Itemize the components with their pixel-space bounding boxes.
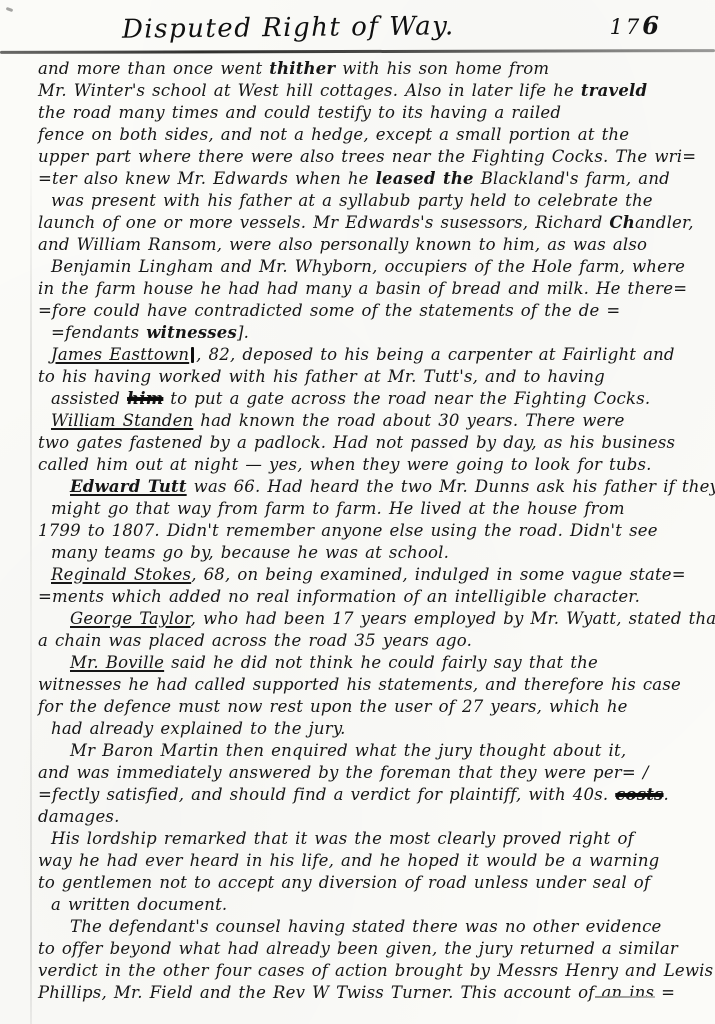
text-segment: said he did not think he could fairly sa… — [164, 653, 598, 672]
text-segment: might go that way from farm to farm. He … — [51, 499, 625, 518]
text-segment: and was immediately answered by the fore… — [38, 763, 649, 782]
manuscript-line: Mr. Winter's school at West hill cottage… — [38, 80, 704, 102]
text-segment: a written document. — [51, 895, 227, 914]
manuscript-line: Mr Baron Martin then enquired what the j… — [38, 740, 704, 762]
text-segment: Phillips, Mr. Field and the Rev W Twiss … — [38, 983, 675, 1002]
manuscript-line: assisted him to put a gate across the ro… — [38, 388, 704, 410]
manuscript-line: =fendants witnesses]. — [38, 322, 704, 344]
text-segment: Blackland's farm, and — [474, 169, 670, 188]
text-segment: =fectly satisfied, and should find a ver… — [38, 785, 615, 804]
text-segment: and more than once went — [38, 59, 269, 78]
struck-word: him — [127, 389, 163, 408]
scan-artifact — [595, 996, 655, 998]
scan-artifact — [6, 7, 14, 12]
text-segment: to his having worked with his father at … — [38, 367, 605, 386]
manuscript-line: and more than once went thither with his… — [38, 58, 704, 80]
text-segment: leased the — [376, 169, 474, 188]
text-segment: damages. — [38, 807, 120, 826]
manuscript-line: William Standen had known the road about… — [38, 410, 704, 432]
text-segment: was 66. Had heard the two Mr. Dunns ask … — [187, 477, 715, 496]
manuscript-line: to his having worked with his father at … — [38, 366, 704, 388]
manuscript-line: and was immediately answered by the fore… — [38, 762, 704, 784]
text-segment: upper part where there were also trees n… — [38, 147, 696, 166]
witness-name: Edward Tutt — [70, 477, 187, 496]
text-segment: for the defence must now rest upon the u… — [38, 697, 628, 716]
manuscript-line: Phillips, Mr. Field and the Rev W Twiss … — [38, 982, 704, 1004]
text-segment: with his son home from — [335, 59, 549, 78]
manuscript-line: might go that way from farm to farm. He … — [38, 498, 704, 520]
text-segment: His lordship remarked that it was the mo… — [51, 829, 634, 848]
manuscript-line: the road many times and could testify to… — [38, 102, 704, 124]
manuscript-line: Mr. Boville said he did not think he cou… — [38, 652, 704, 674]
manuscript-line: Reginald Stokes, 68, on being examined, … — [38, 564, 704, 586]
header-rule-line — [0, 49, 715, 54]
text-segment: =fendants — [51, 323, 146, 342]
manuscript-line: way he had ever heard in his life, and h… — [38, 850, 704, 872]
text-segment: called him out at night — yes, when they… — [38, 455, 652, 474]
text-segment: launch of one or more vessels. Mr Edward… — [38, 213, 609, 232]
text-segment: was present with his father at a syllabu… — [51, 191, 653, 210]
text-segment: to offer beyond what had already been gi… — [38, 939, 678, 958]
manuscript-line: called him out at night — yes, when they… — [38, 454, 704, 476]
manuscript-line: Benjamin Lingham and Mr. Whyborn, occupi… — [38, 256, 704, 278]
text-segment: =ments which added no real information o… — [38, 587, 640, 606]
text-segment: =ter also knew Mr. Edwards when he — [38, 169, 376, 188]
page-number: 176 — [610, 11, 659, 40]
manuscript-line: =fore could have contradicted some of th… — [38, 300, 704, 322]
manuscript-body: and more than once went thither with his… — [38, 58, 704, 1004]
manuscript-line: =fectly satisfied, and should find a ver… — [38, 784, 704, 806]
manuscript-line: had already explained to the jury. — [38, 718, 704, 740]
manuscript-line: launch of one or more vessels. Mr Edward… — [38, 212, 704, 234]
manuscript-line: two gates fastened by a padlock. Had not… — [38, 432, 704, 454]
witness-name: George Taylor — [70, 609, 191, 628]
text-segment: had already explained to the jury. — [51, 719, 346, 738]
text-segment: 1799 to 1807. Didn't remember anyone els… — [38, 521, 658, 540]
text-segment: witnesses — [146, 323, 237, 342]
manuscript-line: was present with his father at a syllabu… — [38, 190, 704, 212]
manuscript-line: a chain was placed across the road 35 ye… — [38, 630, 704, 652]
page-number-last-digit: 6 — [642, 11, 659, 40]
manuscript-line: The defendant's counsel having stated th… — [38, 916, 704, 938]
text-segment: to gentlemen not to accept any diversion… — [38, 873, 650, 892]
text-segment: and William Ransom, were also personally… — [38, 235, 647, 254]
text-segment: Mr Baron Martin then enquired what the j… — [70, 741, 626, 760]
text-segment: in the farm house he had had many a basi… — [38, 279, 687, 298]
manuscript-line: to offer beyond what had already been gi… — [38, 938, 704, 960]
text-segment: . — [664, 785, 669, 804]
manuscript-line: fence on both sides, and not a hedge, ex… — [38, 124, 704, 146]
manuscript-line: =ments which added no real information o… — [38, 586, 704, 608]
text-segment: ]. — [237, 323, 249, 342]
text-segment: The defendant's counsel having stated th… — [70, 917, 662, 936]
text-segment: thither — [269, 59, 335, 78]
struck-word: costs — [615, 785, 663, 804]
text-segment: witnesses he had called supported his st… — [38, 675, 681, 694]
text-segment: Benjamin Lingham and Mr. Whyborn, occupi… — [51, 257, 685, 276]
manuscript-line: in the farm house he had had many a basi… — [38, 278, 704, 300]
text-segment: Ch — [609, 213, 635, 232]
text-segment: the road many times and could testify to… — [38, 103, 561, 122]
manuscript-line: damages. — [38, 806, 704, 828]
manuscript-line: witnesses he had called supported his st… — [38, 674, 704, 696]
text-segment: traveld — [581, 81, 647, 100]
text-segment: many teams go by, because he was at scho… — [51, 543, 449, 562]
text-segment: andler, — [635, 213, 694, 232]
text-segment: way he had ever heard in his life, and h… — [38, 851, 659, 870]
text-segment: two gates fastened by a padlock. Had not… — [38, 433, 675, 452]
manuscript-line: James Easttown, 82, deposed to his being… — [38, 344, 704, 366]
text-segment: fence on both sides, and not a hedge, ex… — [38, 125, 629, 144]
manuscript-line: many teams go by, because he was at scho… — [38, 542, 704, 564]
text-segment: assisted — [51, 389, 127, 408]
manuscript-line: to gentlemen not to accept any diversion… — [38, 872, 704, 894]
scan-edge-artifact — [30, 140, 32, 1024]
witness-name: Mr. Boville — [70, 653, 164, 672]
text-segment: , who had been 17 years employed by Mr. … — [191, 609, 715, 628]
witness-name: Reginald Stokes — [51, 565, 191, 584]
text-segment: a chain was placed across the road 35 ye… — [38, 631, 472, 650]
text-segment: had known the road about 30 years. There… — [193, 411, 624, 430]
manuscript-line: upper part where there were also trees n… — [38, 146, 704, 168]
text-segment: , 68, on being examined, indulged in som… — [191, 565, 686, 584]
page-number-prefix: 17 — [610, 15, 643, 39]
manuscript-line: and William Ransom, were also personally… — [38, 234, 704, 256]
page-title: Disputed Right of Way. — [122, 11, 455, 44]
witness-name: James Easttown — [51, 345, 189, 364]
manuscript-line: Edward Tutt was 66. Had heard the two Mr… — [38, 476, 704, 498]
manuscript-line: His lordship remarked that it was the mo… — [38, 828, 704, 850]
manuscript-line: George Taylor, who had been 17 years emp… — [38, 608, 704, 630]
text-segment: =fore could have contradicted some of th… — [38, 301, 620, 320]
witness-name: William Standen — [51, 411, 193, 430]
text-segment: Mr. Winter's school at West hill cottage… — [38, 81, 581, 100]
manuscript-line: a written document. — [38, 894, 704, 916]
manuscript-line: =ter also knew Mr. Edwards when he lease… — [38, 168, 704, 190]
manuscript-line: 1799 to 1807. Didn't remember anyone els… — [38, 520, 704, 542]
text-segment: , 82, deposed to his being a carpenter a… — [196, 345, 675, 364]
text-segment: verdict in the other four cases of actio… — [38, 961, 713, 980]
manuscript-line: verdict in the other four cases of actio… — [38, 960, 704, 982]
text-segment: to put a gate across the road near the F… — [163, 389, 650, 408]
manuscript-page: Disputed Right of Way. 176 and more than… — [0, 0, 715, 1024]
manuscript-line: for the defence must now rest upon the u… — [38, 696, 704, 718]
ink-mark — [191, 347, 194, 363]
